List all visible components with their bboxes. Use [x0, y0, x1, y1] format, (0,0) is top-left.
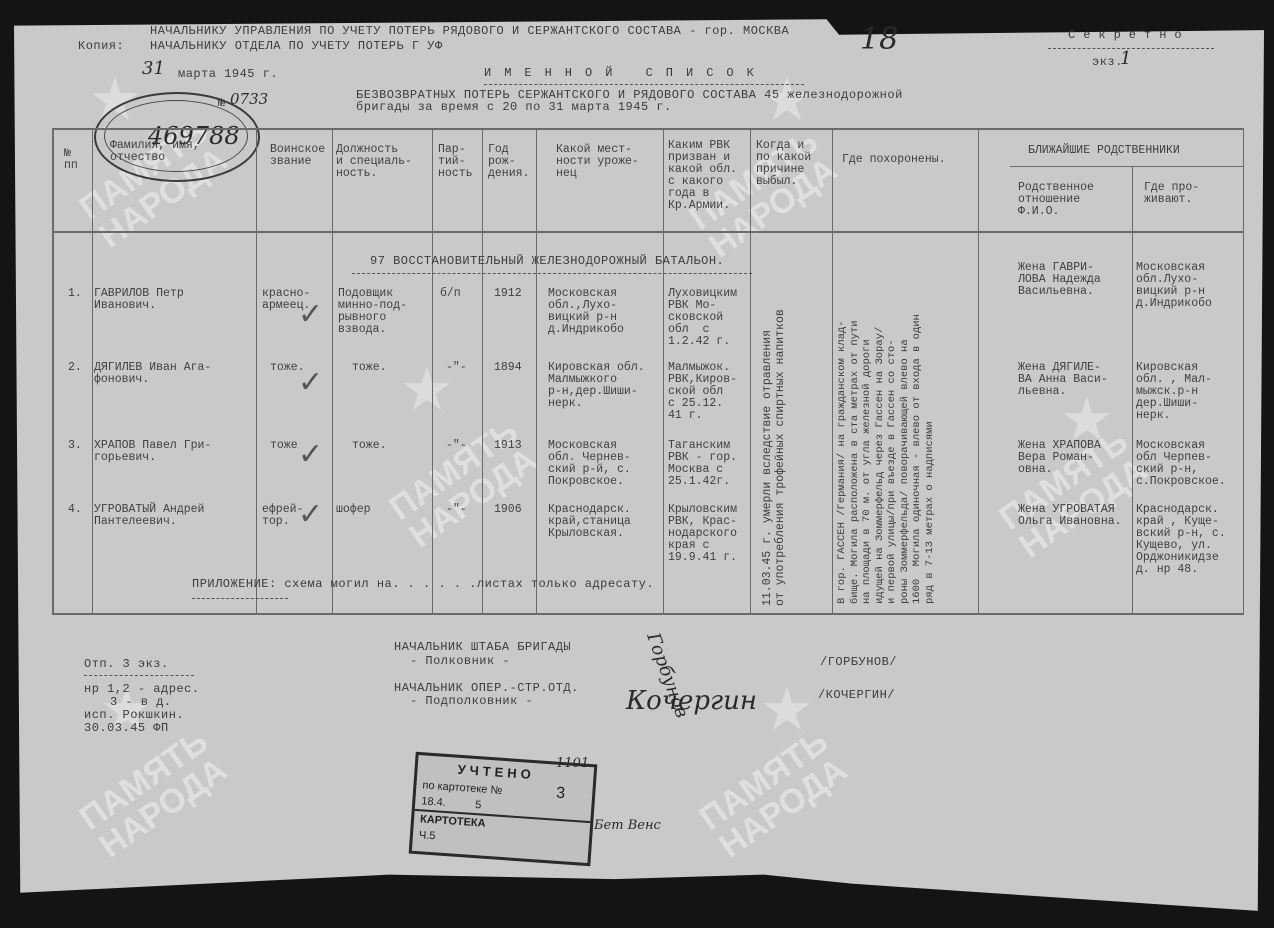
row-party: -"- [446, 504, 467, 516]
col-line [832, 128, 833, 614]
section-title: 97 ВОССТАНОВИТЕЛЬНЫЙ ЖЕЛЕЗНОДОРОЖНЫЙ БАТ… [370, 255, 724, 268]
row-relation: Жена ГАВРИ- ЛОВА Надежда Васильевна. [1018, 262, 1101, 298]
col-header-residence: Где про- живают. [1144, 182, 1199, 206]
checkmark-icon: ✓ [298, 440, 323, 470]
checkmark-icon: ✓ [298, 500, 323, 530]
col-line [1243, 128, 1244, 614]
col-line [750, 128, 751, 614]
row-name: УГРОВАТЫЙ Андрей Пантелеевич. [94, 504, 204, 528]
divider [192, 598, 288, 599]
col-header-party: Пар- тий- ность [438, 144, 473, 180]
ops-chief-name: /КОЧЕРГИН/ [818, 689, 895, 702]
row-rank: тоже [270, 440, 298, 452]
copies-count: Отп. 3 экз. [84, 658, 169, 671]
handwritten-note: 18 [860, 22, 898, 57]
col-header-num: № пп [64, 148, 78, 172]
when-why-common: 11.03.45 г. умерли вследствие отравления… [762, 309, 787, 606]
row-position: тоже. [352, 362, 387, 374]
row-birth-year: 1912 [494, 288, 522, 300]
copy-number-value: 1 [1120, 48, 1131, 69]
row-residence: Краснодарск. край , Куще- вский р-н, с. … [1136, 504, 1226, 576]
col-line [978, 128, 979, 614]
col-header-rvk: Каким РВК призван и какой обл. с какого … [668, 140, 737, 212]
col-line [432, 128, 433, 614]
copy-number-label: экз. [1092, 56, 1123, 69]
col-header-native-place: Какой мест- ности урожe- нец [556, 144, 639, 180]
col-line [256, 128, 257, 614]
row-name: ГАВРИЛОВ Петр Иванович. [94, 288, 184, 312]
table-header-border [52, 231, 1244, 233]
row-birth-year: 1894 [494, 362, 522, 374]
row-residence: Кировская обл. , Мал- мыжск.р-н дер.Шиши… [1136, 362, 1212, 422]
stamp-line-3: Ч.5 [419, 829, 436, 842]
row-position: шофер [336, 504, 371, 516]
stamp-handwritten-number: 1101 [556, 756, 589, 771]
col-header-rank: Воинское звание [270, 144, 325, 168]
col-header-name: Фамилия, имя, отчество [110, 140, 200, 164]
row-position: тоже. [352, 440, 387, 452]
row-party: -"- [446, 440, 467, 452]
relatives-subheader-line [1010, 166, 1244, 167]
col-header-position: Должность и специаль- ность. [336, 144, 412, 180]
row-birth-year: 1913 [494, 440, 522, 452]
stamp-date: 18.4. [421, 795, 446, 809]
row-rvk: Малмыжок. РВК,Киров- ской обл с 25.12. 4… [668, 362, 737, 422]
col-line [536, 128, 537, 614]
addressee-line-2: НАЧАЛЬНИКУ ОТДЕЛА ПО УЧЕТУ ПОТЕРЬ Г УФ [150, 40, 443, 53]
row-name: ХРАПОВ Павел Гри- горьевич. [94, 440, 211, 464]
row-num: 2. [68, 362, 82, 374]
divider [484, 84, 804, 85]
date-handwritten: 31 [142, 58, 165, 79]
addressee-line-1: НАЧАЛЬНИКУ УПРАВЛЕНИЯ ПО УЧЕТУ ПОТЕРЬ РЯ… [150, 25, 789, 38]
divider [352, 273, 752, 274]
stamp-card-no: 3 [556, 785, 566, 804]
row-name: ДЯГИЛЕВ Иван Ага- фонович. [94, 362, 211, 386]
row-relation: Жена ДЯГИЛЕ- ВА Анна Васи- льевна. [1018, 362, 1108, 398]
chief-of-staff-rank: - Полковник - [410, 655, 510, 668]
col-header-birth-year: Год рож- дения. [488, 144, 529, 180]
stamp-year: 5 [475, 799, 482, 811]
row-residence: Московская обл.Лухо- вицкий р-н д.Индрик… [1136, 262, 1212, 310]
attachment-note: ПРИЛОЖЕНИЕ: схема могил на. . . . . .лис… [192, 578, 654, 591]
col-line [92, 128, 93, 614]
row-rvk: Крыловским РВК, Крас- нодарского края с … [668, 504, 737, 564]
executor-date: 30.03.45 ФП [84, 722, 169, 735]
checkmark-icon: ✓ [298, 300, 323, 330]
stamp-line-2: КАРТОТЕКА [420, 813, 486, 830]
col-header-relation: Родственное отношение Ф.И.О. [1018, 182, 1094, 218]
row-rvk: Луховицким РВК Мо- сковской обл с 1.2.42… [668, 288, 737, 348]
table-top-border [52, 128, 1244, 130]
col-line [332, 128, 333, 614]
date-typed: марта 1945 г. [178, 68, 278, 81]
chief-of-staff-name: /ГОРБУНОВ/ [820, 656, 897, 669]
row-rvk: Таганским РВК - гор. Москва с 25.1.42г. [668, 440, 737, 488]
col-line [482, 128, 483, 614]
burial-common: В гор. ГАССЕН /Германия/ на гражданском … [836, 314, 936, 604]
col-header-when-why: Когда и по какой причине выбыл. [756, 140, 811, 188]
signature-2: Кочергин [626, 686, 757, 716]
row-native-place: Краснодарск. край,станица Крыловская. [548, 504, 631, 540]
subtitle-line-2: бригады за время с 20 по 31 марта 1945 г… [356, 101, 672, 114]
row-num: 3. [68, 440, 82, 452]
row-num: 1. [68, 288, 82, 300]
ops-chief-rank: - Подполковник - [410, 695, 533, 708]
stamp-title: УЧТЕНО [457, 762, 535, 782]
row-relation: Жена УГРОВАТАЯ Ольга Ивановна. [1018, 504, 1122, 528]
copy-label: Копия: [78, 40, 124, 53]
stamp-line-1: по картотеке № [422, 779, 503, 797]
document-title: ИМЕННОЙ СПИСОК [484, 66, 767, 80]
row-party: -"- [446, 362, 467, 374]
row-num: 4. [68, 504, 82, 516]
row-position: Подовщик минно-под- рывного взвода. [338, 288, 407, 336]
stamp-side-note: Бет Венс [594, 818, 661, 834]
row-party: б/п [440, 288, 461, 300]
chief-of-staff-title: НАЧАЛЬНИК ШТАБА БРИГАДЫ [394, 641, 571, 654]
row-native-place: Московская обл.,Лухо- вицкий р-н д.Индри… [548, 288, 624, 336]
col-header-relatives: БЛИЖАЙШИЕ РОДСТВЕННИКИ [1028, 145, 1180, 157]
table-bottom-border [52, 613, 1244, 615]
row-native-place: Московская обл. Чернев- ский р-й, с. Пок… [548, 440, 631, 488]
col-header-burial: Где похоронены. [842, 154, 946, 166]
row-relation: Жена ХРАПОВА Вера Роман- овна. [1018, 440, 1101, 476]
row-birth-year: 1906 [494, 504, 522, 516]
checkmark-icon: ✓ [298, 368, 323, 398]
col-line [1132, 166, 1133, 614]
row-residence: Московская обл Черпев- ский р-н, с.Покро… [1136, 440, 1226, 488]
col-line [52, 128, 54, 614]
secret-label: Секретно [1068, 28, 1190, 42]
row-native-place: Кировская обл. Малмыжкого р-н,дер.Шиши- … [548, 362, 645, 410]
col-line [663, 128, 664, 614]
divider [84, 675, 194, 676]
